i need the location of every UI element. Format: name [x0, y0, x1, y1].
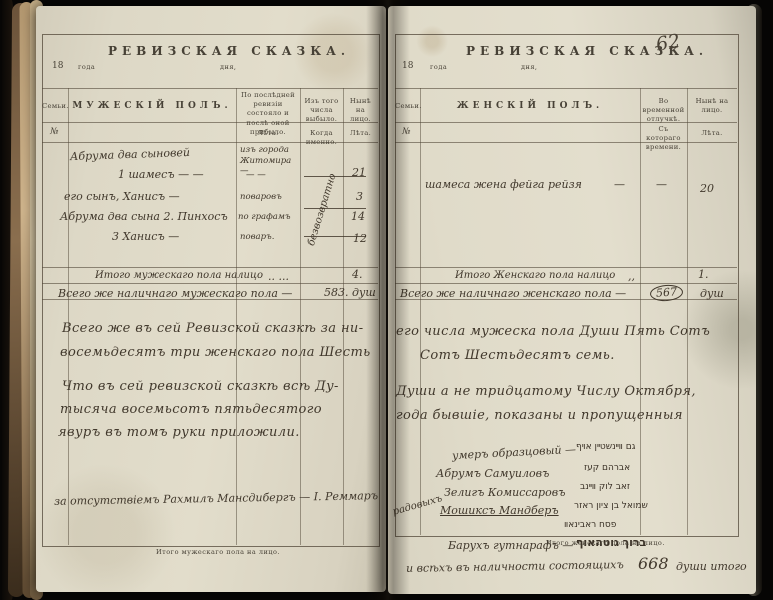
left-col-now	[343, 88, 344, 545]
left-col-family	[68, 88, 69, 545]
left-para2-line3: явуръ въ томъ руки приложили.	[58, 425, 300, 440]
right-total1-dots: ,,	[628, 270, 635, 283]
right-head-bottom	[395, 142, 737, 143]
left-total1-value: 4.	[352, 268, 363, 281]
entry-prev: поваровъ	[240, 192, 296, 203]
right-para1-line1: его числа мужеска пола Души Пять Сотъ	[396, 324, 710, 339]
entry-age: 14	[351, 210, 365, 223]
entry-name: его сынъ, Ханисъ —	[64, 190, 180, 203]
book-photo: РЕВИЗСКАЯ СКАЗКА. 18 года дня, Семьи. МУ…	[0, 0, 773, 600]
entry-dash: —	[614, 178, 625, 191]
right-head-family: Семьи.	[395, 102, 420, 111]
right-para2-line1: Души а не тридцатому Числу Октября,	[396, 384, 696, 399]
right-head-main: ЖЕНСКІЙ ПОЛЪ.	[420, 101, 640, 111]
signature-cyr: Мошиксъ Мандберъ	[440, 504, 559, 517]
right-col-away	[640, 88, 641, 535]
left-sub-prev: Лѣта.	[238, 129, 298, 138]
left-footer-caption: Итого мужескаго пола на лицо.	[156, 548, 280, 556]
entry-dash-rule	[304, 208, 366, 209]
entry-prev: — —	[246, 170, 296, 181]
entry-prev: поваръ.	[240, 232, 296, 243]
right-sum-line1	[395, 267, 737, 268]
right-bottom-number: 668	[638, 554, 669, 573]
right-head-sub	[395, 122, 737, 123]
right-total2-suffix: душ	[700, 287, 724, 300]
right-head-now: Нынѣ на лицо.	[689, 97, 735, 115]
left-total1-dots: .. ...	[268, 270, 289, 283]
left-para2-line2: тысяча восемьсотъ пятьдесятого	[60, 402, 322, 417]
right-year-label: года	[430, 63, 447, 71]
right-col-now	[687, 88, 688, 535]
signature-cyr: Абрумъ Самуиловъ	[436, 467, 549, 480]
right-head-top	[395, 88, 737, 89]
left-day-label: дня,	[220, 63, 237, 71]
left-col-out	[300, 88, 301, 545]
left-total2-value: 583. душ	[324, 286, 376, 299]
right-sum-line2	[395, 283, 737, 284]
left-year-label: года	[78, 63, 95, 71]
right-bottom-line: и всѣхъ въ наличности состоящихъ	[406, 558, 624, 575]
left-total1-label: Итого мужескаго пола налицо	[95, 270, 263, 281]
right-para2-line2: года бывшіе, показаны и пропущенныя	[396, 408, 683, 423]
entry-name: 3 Ханисъ —	[112, 230, 179, 243]
left-page-title: РЕВИЗСКАЯ СКАЗКА.	[108, 44, 350, 58]
signature-heb: זאב לוק װײנב	[580, 482, 630, 492]
entry-age: 12	[353, 232, 367, 245]
right-sub-no: №	[402, 127, 411, 137]
page-right: РЕВИЗСКАЯ СКАЗКА. 62 18 года дня, Семьи.…	[388, 6, 756, 594]
right-total1-label: Итого Женскаго пола налицо	[455, 270, 615, 281]
left-year: 18	[52, 61, 63, 71]
entry-age: 21	[352, 166, 366, 179]
left-para2-line1: Что въ сей ревизской сказкѣ всѣ Ду-	[62, 379, 339, 394]
circled-total: 567	[649, 284, 683, 302]
right-total2-value: 567	[650, 285, 683, 301]
right-total1-value: 1.	[698, 268, 709, 281]
left-head-main: МУЖЕСКІЙ ПОЛЪ.	[68, 101, 236, 111]
entry-dash-rule	[304, 236, 366, 237]
right-bottom-suffix: души итого	[676, 560, 747, 573]
right-sub-now: Лѣта.	[689, 129, 735, 138]
right-footer-caption: Итого женскаго пола на лицо.	[546, 539, 665, 547]
signature-heb-extra: פסח ראבינאװ	[564, 520, 616, 530]
left-head-family: Семьи.	[42, 102, 68, 111]
left-head-out: Изъ того числа выбыло.	[302, 97, 341, 125]
left-sub-no: №	[50, 127, 59, 137]
signature-heb: אברהם קעז	[584, 463, 630, 473]
right-page-number: 62	[654, 30, 682, 56]
right-day-label: дня,	[521, 63, 538, 71]
right-year: 18	[402, 61, 413, 71]
entry-name: 1 шамесъ — —	[118, 168, 204, 181]
entry-age: 20	[700, 182, 714, 195]
left-sub-now: Лѣта.	[345, 129, 376, 138]
signature-heb: גם װײנשטײן אױף	[576, 442, 635, 452]
left-head-top	[42, 88, 378, 89]
left-sub-out: Когда именно.	[302, 129, 341, 147]
left-para1-line2: восемьдесятъ три женскаго пола Шесть	[60, 345, 371, 360]
left-col-prev	[236, 88, 237, 545]
entry-name: Абрума два сына 2. Пинхосъ	[60, 210, 228, 223]
signature-heb: שמואל בן ציון ראזר	[574, 501, 648, 511]
right-col-family	[420, 88, 421, 535]
left-total2-label: Всего же наличнаго мужескаго пола —	[58, 287, 292, 300]
entry-dash-rule	[304, 176, 366, 177]
right-para1-line2: Сотъ Шестьдесятъ семь.	[420, 348, 615, 363]
signature-cyr: Зелигъ Комиссаровъ	[444, 486, 565, 499]
entry-age: 3	[356, 190, 363, 203]
entry-prev: по графамъ	[238, 212, 296, 223]
right-sub-away: Съ котораго времени.	[642, 125, 685, 153]
page-left: РЕВИЗСКАЯ СКАЗКА. 18 года дня, Семьи. МУ…	[36, 6, 386, 592]
entry-dash: —	[656, 178, 667, 191]
entry-name: шамеса жена фейга рейзя	[425, 178, 582, 191]
right-head-away: Во временной отлучкѣ.	[642, 97, 685, 125]
right-total2-label: Всего же наличнаго женскаго пола —	[400, 287, 626, 300]
left-sum-line1	[42, 267, 378, 268]
left-head-now: Нынѣ на лицо.	[345, 97, 376, 125]
left-sum-line2	[42, 283, 378, 284]
left-para1-line1: Всего же въ сей Ревизской сказкѣ за ни-	[62, 321, 364, 336]
